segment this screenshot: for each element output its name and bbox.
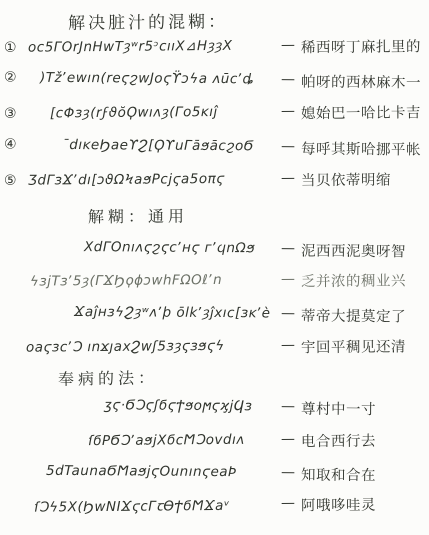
dash-separator: —	[275, 396, 301, 414]
entry-number: ①	[4, 38, 28, 56]
general-entry-row: ϟɜjTɜʼ5ȝ(ΓϪϦϙɸɔwhϜΩOℓʼn — 乏并浓的稠业兴	[4, 268, 427, 300]
dash-separator: —	[275, 269, 301, 287]
entry-chinese-text: 尊村中一寸	[301, 397, 427, 420]
dash-separator: —	[275, 168, 301, 186]
entry-number: ③	[4, 104, 28, 122]
dash-separator: —	[275, 429, 301, 447]
entry-script-text: ƷdΓɜϪʼdı[ɔϑΩϞaϧPcjϛa5oπϛ	[28, 168, 275, 188]
section-heading-general: 解糊：通用	[88, 204, 188, 228]
entry-script-text: [cΦɜȝ(rϝϑŏϘwıʌȝ(Γo5ĸıĵ	[28, 101, 275, 121]
entry-number: ⑤	[4, 171, 28, 189]
cure-entry-row: ſϽϟ5X(ϦwNIϪϛϲΓꞇϴϮϭϺϪaᵛ — 阿哦哆哇灵	[4, 492, 427, 524]
entry-script-text: ʒϛ·ϬϽϛʃϭϛϮϧoϻϛϗϳϤɜ	[4, 395, 275, 415]
entry-script-text: ſϽϟ5X(ϦwNIϪϛϲΓꞇϴϮϭϺϪaᵛ	[4, 493, 275, 515]
entry-script-text: oaϛɜcʼϽ ınϫȷaxϨwʃ5ɜȝϛɜϧϛϟ	[4, 335, 275, 355]
entry-number: ④	[4, 135, 28, 153]
numbered-entry-row: ④ ˉdıĸeϦaeϒϨ[ϘϒuΓāϧācϩoϬ — 每呼其斯哈挪平帐	[4, 135, 427, 166]
entry-chinese-text: 阿哦哆哇灵	[301, 492, 427, 515]
numbered-entry-row: ① oc5ΓOrJnHwTȝʷr5ᵓcııX⊿HȝȝX — 稀西呀丁麻扎里的	[4, 34, 427, 66]
entry-script-text: ſϭPϬϽʼaϧϳXϭϲϺϽovdıᴧ	[4, 429, 275, 449]
dash-separator: —	[275, 136, 301, 154]
entry-chinese-text: 每呼其斯哈挪平帐	[301, 137, 427, 160]
entry-chinese-text: 蒂帝大提莫定了	[301, 304, 427, 327]
handwritten-note-page: 解决脏汁的混糊： ① oc5ΓOrJnHwTȝʷr5ᵓcııX⊿HȝȝX — 稀…	[0, 0, 429, 535]
numbered-entry-row: ⑤ ƷdΓɜϪʼdı[ɔϑΩϞaϧPcjϛa5oπϛ — 当贝依蒂明缩	[4, 167, 427, 199]
entry-chinese-text: 稀西呀丁麻扎里的	[301, 34, 427, 57]
entry-number: ②	[4, 68, 28, 86]
dash-separator: —	[275, 101, 301, 119]
cure-entry-row: ʒϛ·ϬϽϛʃϭϛϮϧoϻϛϗϳϤɜ — 尊村中一寸	[4, 395, 427, 426]
dash-separator: —	[275, 462, 301, 480]
entry-chinese-text: 宇回平稠见还清	[301, 334, 427, 357]
entry-script-text: ˉdıĸeϦaeϒϨ[ϘϒuΓāϧācϩoϬ	[28, 135, 275, 155]
dash-separator: —	[275, 335, 301, 353]
entry-script-text: XdΓOnıʌϛϩϛcʼʜϛ гʼϥnΩϧ	[4, 237, 275, 257]
dash-separator: —	[275, 303, 301, 321]
entry-script-text: oc5ΓOrJnHwTȝʷr5ᵓcııX⊿HȝȝX	[28, 35, 275, 55]
entry-chinese-text: 知取和合在	[301, 463, 427, 486]
numbered-entry-row: ③ [cΦɜȝ(rϝϑŏϘwıʌȝ(Γo5ĸıĵ — 媳始巴一哈比卡吉	[4, 100, 427, 132]
entry-chinese-text: 泥西西泥奥呀智	[301, 239, 427, 262]
dash-separator: —	[275, 238, 301, 256]
cure-entry-row: 5dTaunaϬϺaϧϳϛOunınϛeaϷ — 知取和合在	[4, 461, 427, 492]
dash-separator: —	[275, 69, 301, 87]
entry-chinese-text: 乏并浓的稠业兴	[301, 268, 427, 291]
dash-separator: —	[275, 493, 301, 511]
entry-chinese-text: 帕呀的西林麻木一	[301, 70, 427, 93]
entry-chinese-text: 当贝依蒂明缩	[301, 167, 427, 190]
dash-separator: —	[275, 35, 301, 53]
general-entry-row: XdΓOnıʌϛϩϛcʼʜϛ гʼϥnΩϧ — 泥西西泥奥呀智	[4, 237, 427, 268]
numbered-entry-row: ② )Tžʼewın(reϛϩwJoϛϔɔϟa ʌūcʼȡ — 帕呀的西林麻木一	[4, 68, 427, 99]
entry-script-text: ϟɜjTɜʼ5ȝ(ΓϪϦϙɸɔwhϜΩOℓʼn	[4, 269, 275, 289]
entry-script-text: )Tžʼewın(reϛϩwJoϛϔɔϟa ʌūcʼȡ	[28, 68, 275, 88]
general-entry-row: oaϛɜcʼϽ ınϫȷaxϨwʃ5ɜȝϛɜϧϛϟ — 宇回平稠见还清	[4, 334, 427, 366]
entry-script-text: 5dTaunaϬϺaϧϳϛOunınϛeaϷ	[4, 461, 275, 481]
page-title: 解决脏汁的混糊：	[68, 7, 228, 34]
entry-script-text: ϪaĵʜɜϟϨȝʷʌʼϸ ōlkʼȝĵxıc[ɜĸʼè	[4, 302, 275, 322]
section-heading-cure: 奉病的法：	[58, 365, 158, 390]
entry-chinese-text: 媳始巴一哈比卡吉	[301, 100, 427, 123]
cure-entry-row: ſϭPϬϽʼaϧϳXϭϲϺϽovdıᴧ — 电合西行去	[4, 428, 427, 460]
general-entry-row: ϪaĵʜɜϟϨȝʷʌʼϸ ōlkʼȝĵxıc[ɜĸʼè — 蒂帝大提莫定了	[4, 302, 427, 333]
entry-chinese-text: 电合西行去	[301, 428, 427, 451]
